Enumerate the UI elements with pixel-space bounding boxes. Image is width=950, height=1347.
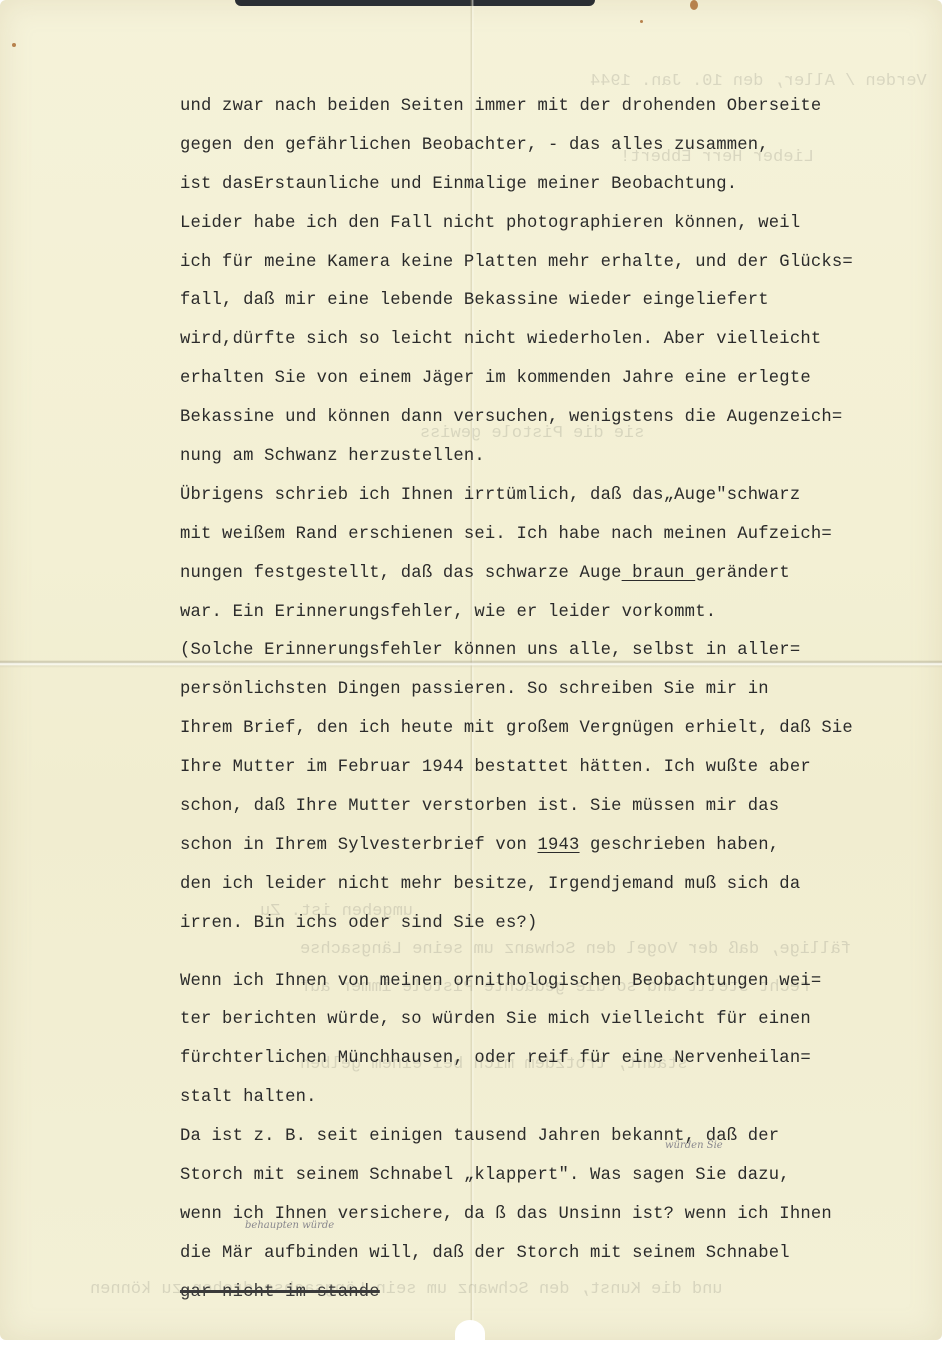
text-line: (Solche Erinnerungsfehler können uns all… xyxy=(180,632,920,671)
text-line: die Mär aufbinden will, daß der Storch m… xyxy=(180,1235,920,1274)
text-line: Ihrem Brief, den ich heute mit großem Ve… xyxy=(180,710,920,749)
text-line: Leider habe ich den Fall nicht photograp… xyxy=(180,205,920,244)
underlined-word: braun xyxy=(622,564,696,583)
text-line: Ihre Mutter im Februar 1944 bestattet hä… xyxy=(180,749,920,788)
text-line: Storch mit seinem Schnabel „klappert". W… xyxy=(180,1157,920,1196)
text-line: ter berichten würde, so würden Sie mich … xyxy=(180,1001,920,1040)
text-line: Bekassine und können dann versuchen, wen… xyxy=(180,399,920,438)
text-line: nungen festgestellt, daß das schwarze Au… xyxy=(180,555,920,594)
page-top-shadow xyxy=(235,0,595,6)
paper-stain xyxy=(12,43,16,47)
text-line: wenn ich Ihnen versichere, da ß das Unsi… xyxy=(180,1196,920,1235)
text-line: irren. Bin ichs oder sind Sie es?) xyxy=(180,905,920,944)
text-line: erhalten Sie von einem Jäger im kommende… xyxy=(180,360,920,399)
text-segment: schon in Ihrem Sylvesterbrief von xyxy=(180,836,527,855)
text-line: Da ist z. B. seit einigen tausend Jahren… xyxy=(180,1118,920,1157)
text-line: war. Ein Erinnerungsfehler, wie er leide… xyxy=(180,594,920,633)
text-line: persönlichsten Dingen passieren. So schr… xyxy=(180,671,920,710)
text-line: und zwar nach beiden Seiten immer mit de… xyxy=(180,88,920,127)
text-line: wird,dürfte sich so leicht nicht wiederh… xyxy=(180,321,920,360)
text-line: schon in Ihrem Sylvesterbrief von 1943 g… xyxy=(180,827,920,866)
text-segment: geschrieben haben, xyxy=(580,836,780,855)
text-line: Übrigens schrieb ich Ihnen irrtümlich, d… xyxy=(180,477,920,516)
paper-stain xyxy=(640,20,643,23)
paper-stain xyxy=(690,0,698,10)
letter-page: Verden / Aller, den 10. Jan. 1944 Lieber… xyxy=(0,0,942,1340)
text-line: ist dasErstaunliche und Einmalige meiner… xyxy=(180,166,920,205)
letter-body: und zwar nach beiden Seiten immer mit de… xyxy=(180,88,920,1313)
text-line: fall, daß mir eine lebende Bekassine wie… xyxy=(180,282,920,321)
text-segment: gerändert xyxy=(695,564,790,583)
page-bottom-notch xyxy=(455,1320,485,1347)
text-line: schon, daß Ihre Mutter verstorben ist. S… xyxy=(180,788,920,827)
text-line: nung am Schwanz herzustellen. xyxy=(180,438,920,477)
text-line: mit weißem Rand erschienen sei. Ich habe… xyxy=(180,516,920,555)
text-line: den ich leider nicht mehr besitze, Irgen… xyxy=(180,866,920,905)
struck-through-line: gar nicht im stande xyxy=(180,1274,920,1313)
text-line: ich für meine Kamera keine Platten mehr … xyxy=(180,244,920,283)
text-segment: nungen festgestellt, daß das schwarze Au… xyxy=(180,564,622,583)
text-line: stalt halten. xyxy=(180,1079,920,1118)
text-line: Wenn ich Ihnen von meinen ornithologisch… xyxy=(180,963,920,1002)
text-line: fürchterlichen Münchhausen, oder reif fü… xyxy=(180,1040,920,1079)
underlined-year: 1943 xyxy=(537,836,579,855)
text-line: gegen den gefährlichen Beobachter, - das… xyxy=(180,127,920,166)
